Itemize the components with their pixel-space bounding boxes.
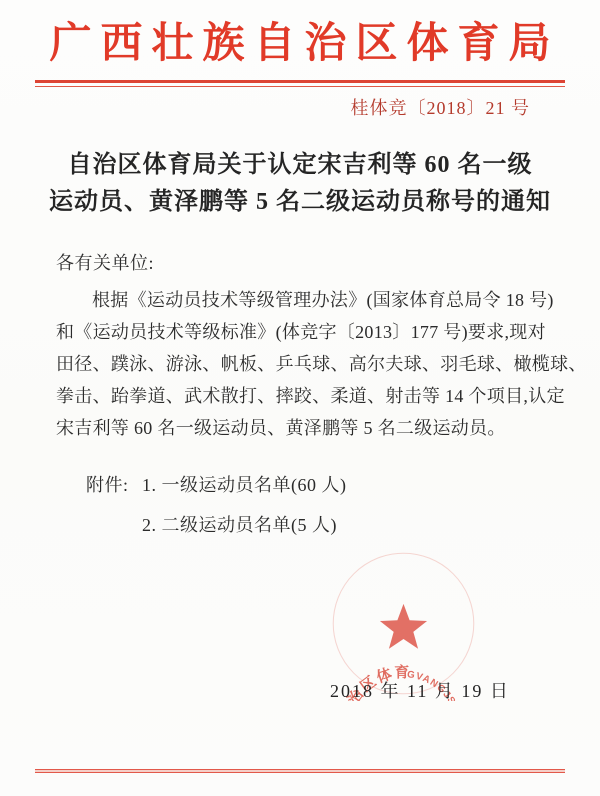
salutation: 各有关单位: [56,249,154,275]
paragraph-line: 田径、蹼泳、游泳、帆板、乒乓球、高尔夫球、羽毛球、橄榄球、 [56,348,564,380]
attachment-item: 附件: 1. 一级运动员名单(60 人) [86,471,347,499]
document-page: 广西壮族自治区体育局 桂体竞〔2018〕21 号 自治区体育局关于认定宋吉利等 … [0,0,600,796]
letterhead-divider [35,80,565,87]
paragraph-line: 拳击、跆拳道、武术散打、摔跤、柔道、射击等 14 个项目,认定 [56,380,564,412]
attachment-item: 2. 二级运动员名单(5 人) [86,511,347,539]
paragraph-line: 宋吉利等 60 名一级运动员、黄泽鹏等 5 名二级运动员。 [56,412,564,444]
document-title-line1: 自治区体育局关于认定宋吉利等 60 名一级 [68,152,533,178]
attachment-item-text: 1. 一级运动员名单(60 人) [142,471,347,499]
seal-star-icon [380,604,427,649]
bottom-divider [35,769,565,773]
body-paragraph: 根据《运动员技术等级管理办法》(国家体育总局令 18 号) 和《运动员技术等级标… [56,284,564,444]
paragraph-line: 根据《运动员技术等级管理办法》(国家体育总局令 18 号) [56,284,564,316]
attachments-section: 附件: 1. 一级运动员名单(60 人) 2. 二级运动员名单(5 人) [86,471,347,551]
document-title: 自治区体育局关于认定宋吉利等 60 名一级 运动员、黄泽鹏等 5 名二级运动员称… [20,147,580,221]
attachments-label: 附件: [86,471,142,499]
document-title-line2: 运动员、黄泽鹏等 5 名二级运动员称号的通知 [49,189,551,215]
document-number: 桂体竞〔2018〕21 号 [351,94,531,120]
attachment-item-text: 2. 二级运动员名单(5 人) [142,511,337,539]
letterhead-agency-name: 广西壮族自治区体育局 [0,10,600,70]
document-date: 2018 年 11 月 19 日 [330,677,510,703]
paragraph-line: 和《运动员技术等级标准》(体竞字〔2013〕177 号)要求,现对 [56,316,564,348]
